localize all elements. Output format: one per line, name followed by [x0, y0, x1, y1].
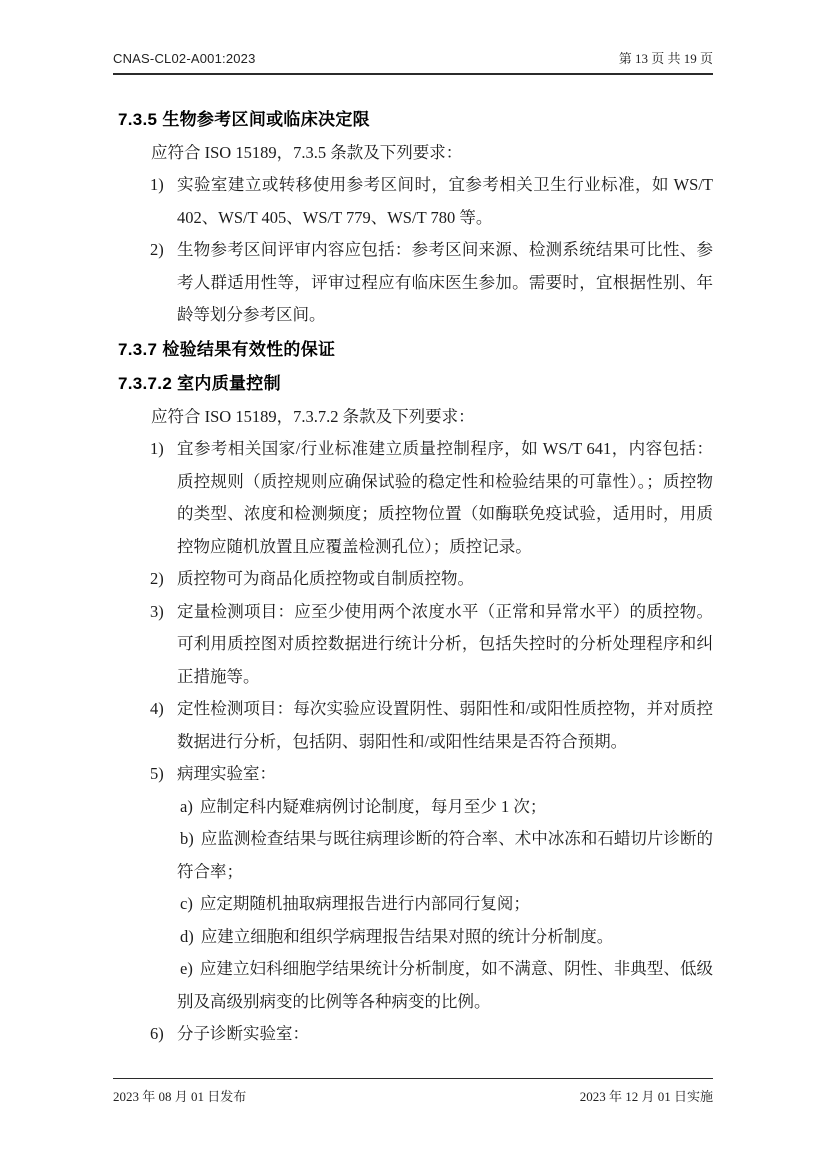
list-item: 2)质控物可为商品化质控物或自制质控物。 [118, 563, 713, 596]
list-item-text: 质控物可为商品化质控物或自制质控物。 [177, 563, 713, 596]
list-item-marker: a) [180, 797, 193, 816]
list-item-text: 定量检测项目：应至少使用两个浓度水平（正常和异常水平）的质控物。可利用质控图对质… [177, 596, 713, 694]
list-item-marker: 4) [150, 693, 177, 758]
issue-date: 2023 年 08 月 01 日发布 [113, 1086, 246, 1105]
list-item-text: 实验室建立或转移使用参考区间时，宜参考相关卫生行业标准，如 WS/T 402、W… [177, 169, 713, 234]
list-item-text: 分子诊断实验室： [177, 1018, 713, 1051]
list-item-text: 应监测检查结果与既往病理诊断的符合率、术中冰冻和石蜡切片诊断的符合率； [177, 829, 713, 881]
list-item-marker: b) [180, 829, 194, 848]
page-header: CNAS-CL02-A001:2023 第 13 页 共 19 页 [113, 50, 713, 75]
list-item: 4)定性检测项目：每次实验应设置阴性、弱阳性和/或阳性质控物，并对质控数据进行分… [118, 693, 713, 758]
sub-list-item: c)应定期随机抽取病理报告进行内部同行复阅； [177, 888, 713, 921]
section-heading: 7.3.7.2 室内质量控制 [118, 368, 713, 401]
list-item-text: 应制定科内疑难病例讨论制度，每月至少 1 次； [200, 797, 547, 816]
list-item-text: 病理实验室： [177, 758, 713, 791]
list-item-text: 应建立细胞和组织学病理报告结果对照的统计分析制度。 [201, 927, 614, 946]
list-item-marker: 1) [150, 433, 177, 563]
section-heading: 7.3.7 检验结果有效性的保证 [118, 334, 713, 367]
sub-list-item: d)应建立细胞和组织学病理报告结果对照的统计分析制度。 [177, 921, 713, 954]
list-item-text: 应建立妇科细胞学结果统计分析制度，如不满意、阴性、非典型、低级别及高级别病变的比… [177, 959, 713, 1011]
sub-list-item: e)应建立妇科细胞学结果统计分析制度，如不满意、阴性、非典型、低级别及高级别病变… [177, 953, 713, 1018]
list-item: 6)分子诊断实验室： [118, 1018, 713, 1051]
paragraph: 应符合 ISO 15189，7.3.7.2 条款及下列要求： [118, 401, 713, 434]
list-item-marker: e) [180, 959, 193, 978]
list-item-text: 应定期随机抽取病理报告进行内部同行复阅； [200, 894, 530, 913]
document-number: CNAS-CL02-A001:2023 [113, 50, 256, 68]
document-content: 7.3.5 生物参考区间或临床决定限应符合 ISO 15189，7.3.5 条款… [118, 102, 713, 1051]
list-item-marker: 1) [150, 169, 177, 234]
list-item: 5)病理实验室： [118, 758, 713, 791]
list-item-marker: 2) [150, 563, 177, 596]
sub-list-item: a)应制定科内疑难病例讨论制度，每月至少 1 次； [177, 791, 713, 824]
list-item-marker: c) [180, 894, 193, 913]
list-item: 1)实验室建立或转移使用参考区间时，宜参考相关卫生行业标准，如 WS/T 402… [118, 169, 713, 234]
sub-list-item: b)应监测检查结果与既往病理诊断的符合率、术中冰冻和石蜡切片诊断的符合率； [177, 823, 713, 888]
list-item-marker: 5) [150, 758, 177, 791]
list-item: 2)生物参考区间评审内容应包括：参考区间来源、检测系统结果可比性、参考人群适用性… [118, 234, 713, 332]
list-item: 3)定量检测项目：应至少使用两个浓度水平（正常和异常水平）的质控物。可利用质控图… [118, 596, 713, 694]
list-item-marker: 6) [150, 1018, 177, 1051]
paragraph: 应符合 ISO 15189，7.3.5 条款及下列要求： [118, 137, 713, 170]
document-page: CNAS-CL02-A001:2023 第 13 页 共 19 页 7.3.5 … [0, 0, 827, 1170]
list-item-marker: d) [180, 927, 194, 946]
list-item-text: 定性检测项目：每次实验应设置阴性、弱阳性和/或阳性质控物，并对质控数据进行分析，… [177, 693, 713, 758]
list-item-marker: 2) [150, 234, 177, 332]
page-number-indicator: 第 13 页 共 19 页 [619, 50, 713, 68]
list-item-text: 宜参考相关国家/行业标准建立质量控制程序，如 WS/T 641，内容包括：质控规… [177, 433, 713, 563]
section-heading: 7.3.5 生物参考区间或临床决定限 [118, 104, 713, 137]
list-item-text: 生物参考区间评审内容应包括：参考区间来源、检测系统结果可比性、参考人群适用性等，… [177, 234, 713, 332]
implementation-date: 2023 年 12 月 01 日实施 [580, 1086, 713, 1105]
list-item-marker: 3) [150, 596, 177, 694]
list-item: 1)宜参考相关国家/行业标准建立质量控制程序，如 WS/T 641，内容包括：质… [118, 433, 713, 563]
page-footer: 2023 年 08 月 01 日发布 2023 年 12 月 01 日实施 [113, 1078, 713, 1105]
